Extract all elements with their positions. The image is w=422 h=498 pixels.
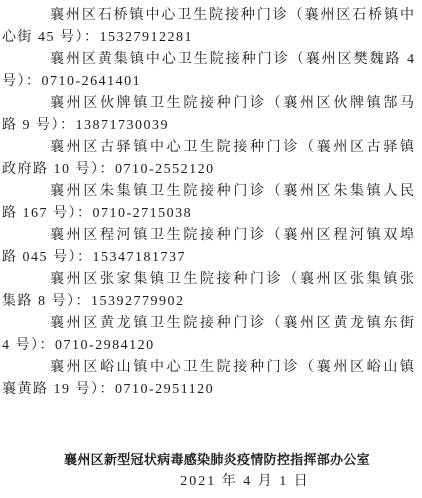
entry-wrap-line: 路 045 号）：15347181737	[2, 247, 414, 269]
clinic-entry: 襄州区程河镇卫生院接种门诊（襄州区程河镇双埠 路 045 号）：15347181…	[2, 225, 414, 269]
entry-first-line: 襄州区朱集镇卫生院接种门诊（襄州区朱集镇人民	[2, 181, 414, 203]
clinic-entry: 襄州区伙牌镇卫生院接种门诊（襄州区伙牌镇郜马 路 9 号）：1387173003…	[2, 93, 414, 137]
entry-first-line: 襄州区古驿镇中心卫生院接种门诊（襄州区古驿镇	[2, 137, 414, 159]
entry-wrap-line: 路 167 号）：0710-2715038	[2, 203, 414, 225]
clinic-entry: 襄州区朱集镇卫生院接种门诊（襄州区朱集镇人民 路 167 号）：0710-271…	[2, 181, 414, 225]
clinic-entry: 襄州区古驿镇中心卫生院接种门诊（襄州区古驿镇 政府路 10 号）：0710-25…	[2, 137, 414, 181]
entry-first-line: 襄州区峪山镇中心卫生院接种门诊（襄州区峪山镇	[2, 357, 414, 379]
document-page: 襄州区石桥镇中心卫生院接种门诊（襄州区石桥镇中 心街 45 号）：1532791…	[0, 0, 422, 498]
entry-first-line: 襄州区程河镇卫生院接种门诊（襄州区程河镇双埠	[2, 225, 414, 247]
entry-wrap-line: 心街 45 号）：15327912281	[2, 27, 414, 49]
signature-block: 襄州区新型冠状病毒感染肺炎疫情防控指挥部办公室 2021 年 4 月 1 日	[2, 449, 414, 493]
clinic-entry: 襄州区石桥镇中心卫生院接种门诊（襄州区石桥镇中 心街 45 号）：1532791…	[2, 5, 414, 49]
entry-first-line: 襄州区黄集镇中心卫生院接种门诊（襄州区樊魏路 4	[2, 49, 414, 71]
entry-wrap-line: 政府路 10 号）：0710-2552120	[2, 159, 414, 181]
footer-office: 襄州区新型冠状病毒感染肺炎疫情防控指挥部办公室	[11, 449, 422, 471]
entry-wrap-line: 集路 8 号）：15392779902	[2, 291, 414, 313]
entry-wrap-line: 4 号）：0710-2984120	[2, 335, 414, 357]
clinic-entry: 襄州区张家集镇卫生院接种门诊（襄州区张集镇张 集路 8 号）：153927799…	[2, 269, 414, 313]
entry-wrap-line: 号）：0710-2641401	[2, 71, 414, 93]
entry-first-line: 襄州区石桥镇中心卫生院接种门诊（襄州区石桥镇中	[2, 5, 414, 27]
clinic-entry: 襄州区黄集镇中心卫生院接种门诊（襄州区樊魏路 4 号）：0710-2641401	[2, 49, 414, 93]
entry-first-line: 襄州区伙牌镇卫生院接种门诊（襄州区伙牌镇郜马	[2, 93, 414, 115]
entry-first-line: 襄州区张家集镇卫生院接种门诊（襄州区张集镇张	[2, 269, 414, 291]
entry-wrap-line: 襄黄路 19 号）：0710-2951120	[2, 379, 414, 401]
clinic-entry: 襄州区黄龙镇卫生院接种门诊（襄州区黄龙镇东街 4 号）：0710-2984120	[2, 313, 414, 357]
entry-first-line: 襄州区黄龙镇卫生院接种门诊（襄州区黄龙镇东街	[2, 313, 414, 335]
footer-date: 2021 年 4 月 1 日	[39, 471, 422, 493]
clinic-entry: 襄州区峪山镇中心卫生院接种门诊（襄州区峪山镇 襄黄路 19 号）：0710-29…	[2, 357, 414, 401]
entry-wrap-line: 路 9 号）：13871730039	[2, 115, 414, 137]
